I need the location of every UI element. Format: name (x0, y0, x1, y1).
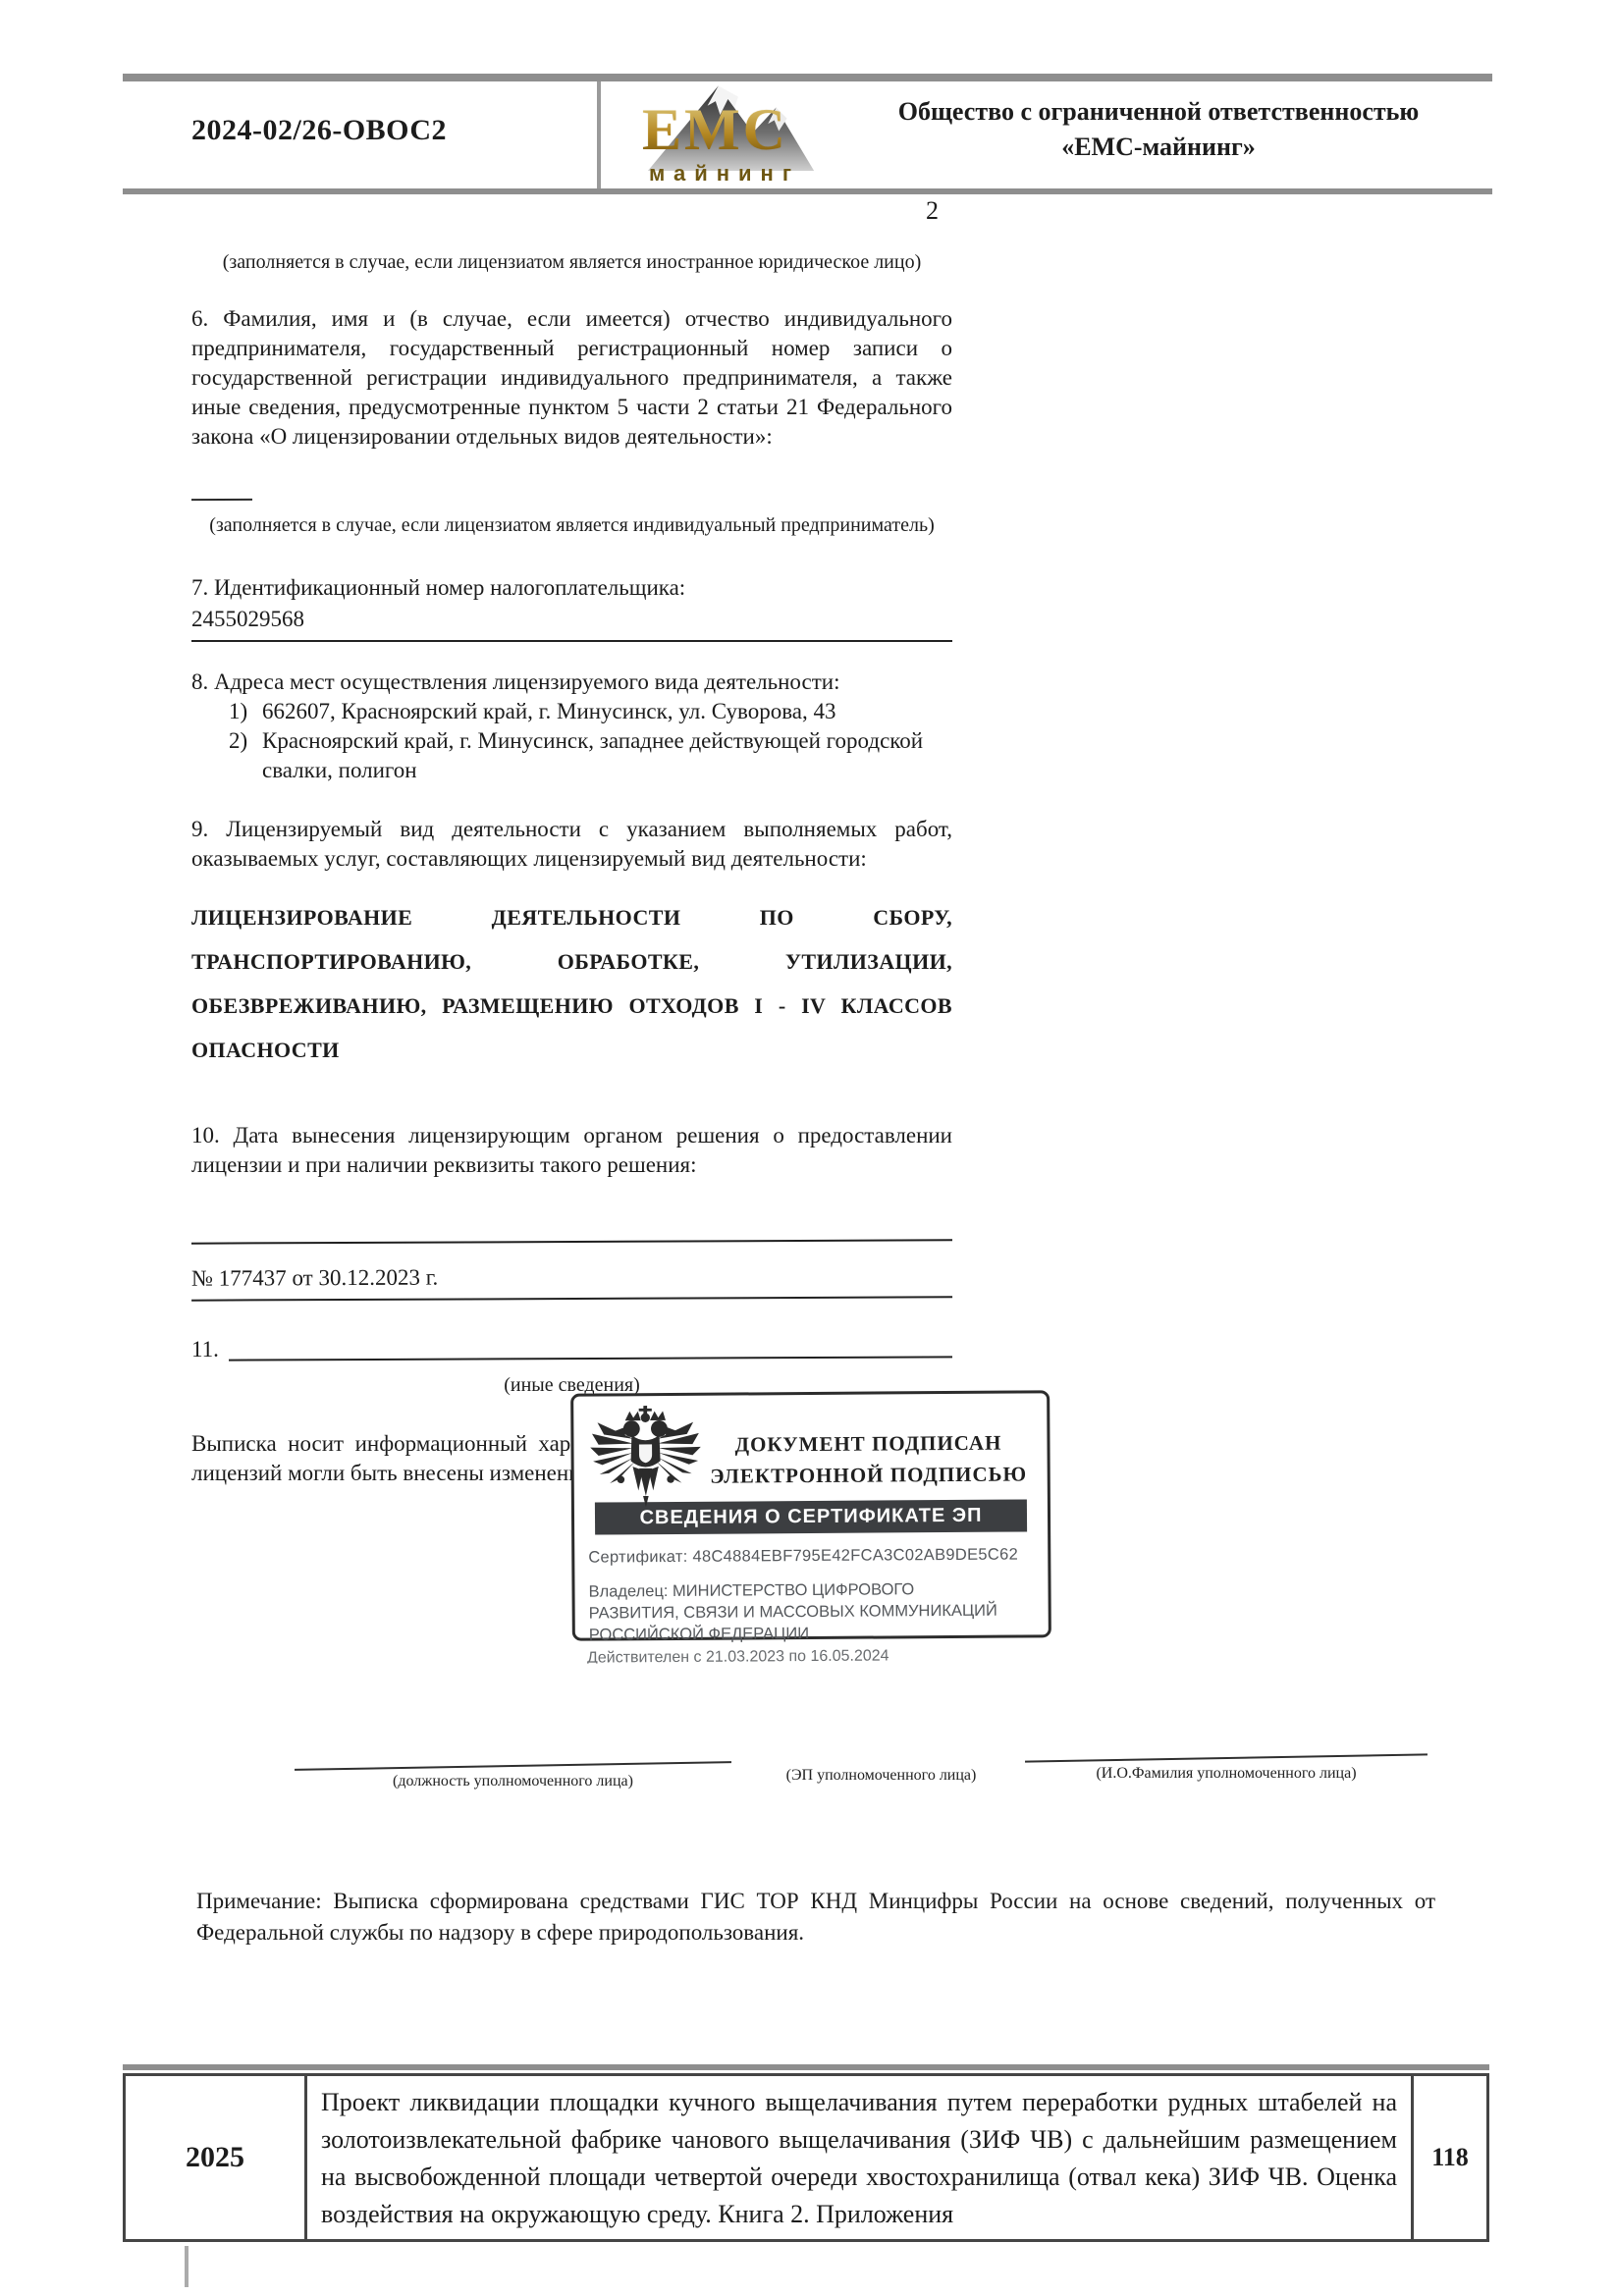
signature-position-caption: (должность уполномоченного лица) (295, 1773, 731, 1790)
company-name: Общество с ограниченной ответственностью… (864, 94, 1453, 165)
certificate-number: Сертификат: 48C4884EBF795E42FCA3C02AB9DE… (588, 1545, 1034, 1567)
empty-entry-dash (191, 499, 252, 501)
header-divider (597, 81, 601, 188)
footer-top-rule (123, 2064, 1489, 2070)
footer-table: 2025 Проект ликвидации площадки кучного … (123, 2073, 1489, 2242)
document-code: 2024-02/26-ОВОС2 (191, 114, 447, 147)
note-paragraph: Примечание: Выписка сформирована средств… (196, 1886, 1435, 1949)
header-bottom-rule (123, 188, 1492, 194)
item11-row: 11. (191, 1335, 952, 1364)
license-decision-value: № 177437 от 30.12.2023 г. (191, 1260, 952, 1301)
scan-artifact (185, 2246, 189, 2287)
footer-project-description: Проект ликвидации площадки кучного выщел… (304, 2076, 1414, 2239)
licensed-activity-value: ЛИЦЕНЗИРОВАНИЕ ДЕЯТЕЛЬНОСТИ ПО СБОРУ, ТР… (191, 895, 952, 1072)
blank-fill-line (229, 1356, 952, 1361)
stamp-title-line1: ДОКУМЕНТ ПОДПИСАН (703, 1426, 1033, 1460)
address-text: 662607, Красноярский край, г. Минусинск,… (262, 697, 835, 726)
company-name-line2: «ЕМС-майнинг» (864, 130, 1453, 165)
document-page: 2024-02/26-ОВОС2 ЕМС майнинг Общество с … (0, 0, 1616, 2296)
signature-line (1025, 1753, 1427, 1762)
taxpayer-number-value: 2455029568 (191, 605, 952, 642)
address-row: 2) Красноярский край, г. Минусинск, запа… (191, 726, 952, 785)
note-individual-entrepreneur: (заполняется в случае, если лицензиатом … (191, 510, 952, 540)
item8-label: 8. Адреса мест осуществления лицензируем… (191, 667, 952, 697)
stamp-title: ДОКУМЕНТ ПОДПИСАН ЭЛЕКТРОННОЙ ПОДПИСЬЮ (703, 1426, 1033, 1491)
stamp-title-line2: ЭЛЕКТРОННОЙ ПОДПИСЬЮ (704, 1458, 1034, 1491)
address-number: 2) (191, 726, 262, 785)
address-text: Красноярский край, г. Минусинск, западне… (262, 726, 952, 785)
signature-line (295, 1761, 731, 1771)
page-number: 2 (191, 196, 952, 226)
document-body: 2 (заполняется в случае, если лицензиато… (191, 196, 952, 1511)
blank-rule-line (191, 1239, 952, 1244)
signature-position-block: (должность уполномоченного лица) (295, 1765, 731, 1790)
logo-subtitle: майнинг (626, 161, 823, 187)
footer-page-number: 118 (1414, 2076, 1486, 2239)
company-name-line1: Общество с ограниченной ответственностью (864, 94, 1453, 130)
address-row: 1) 662607, Красноярский край, г. Минусин… (191, 697, 952, 726)
item10-label: 10. Дата вынесения лицензирующим органом… (191, 1121, 952, 1180)
company-logo: ЕМС майнинг (620, 79, 829, 188)
certificate-validity: Действителен с 21.03.2023 по 16.05.2024 (587, 1646, 1039, 1663)
signature-name-block: (И.О.Фамилия уполномоченного лица) (1025, 1757, 1427, 1783)
item7-label: 7. Идентификационный номер налогоплатель… (191, 573, 952, 603)
signature-name-caption: (И.О.Фамилия уполномоченного лица) (1025, 1765, 1427, 1783)
item9-label: 9. Лицензируемый вид деятельности с указ… (191, 815, 952, 874)
item6-paragraph: 6. Фамилия, имя и (в случае, если имеетс… (191, 304, 952, 452)
footer-year: 2025 (126, 2076, 304, 2239)
esignature-stamp: ДОКУМЕНТ ПОДПИСАН ЭЛЕКТРОННОЙ ПОДПИСЬЮ С… (570, 1390, 1051, 1640)
logo-acronym: ЕМС (642, 96, 788, 164)
signature-esign-caption: (ЭП уполномоченного лица) (776, 1767, 987, 1785)
item11-label: 11. (191, 1335, 219, 1364)
address-number: 1) (191, 697, 262, 726)
note-foreign-entity: (заполняется в случае, если лицензиатом … (191, 247, 952, 277)
certificate-owner: Владелец: МИНИСТЕРСТВО ЦИФРОВОГО РАЗВИТИ… (588, 1578, 998, 1646)
